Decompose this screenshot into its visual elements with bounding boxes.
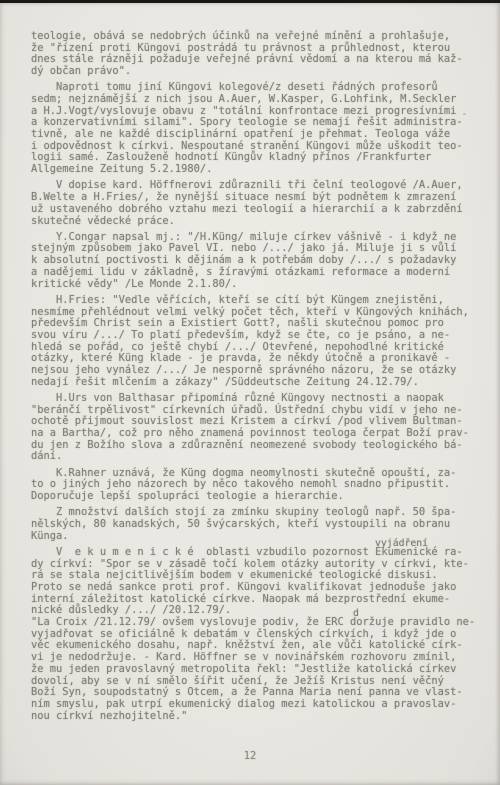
- text-line: H.Fries: "Vedle věřících, kteří se cítí …: [31, 295, 476, 307]
- text-line: du jen z Božího slova a zdůraznění neome…: [31, 440, 476, 452]
- text-line: Proto se nedá sankce proti prof. Küngovi…: [31, 582, 476, 594]
- text-line: dání.: [31, 451, 476, 463]
- text-line: že mu jeden pravoslavný metropolita řekl…: [31, 664, 476, 676]
- text-line: ním smyslu, pak utrpí ekumenický dialog …: [31, 699, 476, 711]
- text-line: sedm; nejznámější z nich jsou A.Auer, W.…: [31, 94, 476, 106]
- inserted-letter-d: d: [353, 609, 359, 619]
- text-line: Doporučuje lepší spolupráci teologie a h…: [31, 491, 476, 503]
- text-body: teologie, obává se nedobrých účinků na v…: [31, 31, 476, 722]
- page-number: 12: [0, 750, 500, 762]
- inserted-word-vyjadreni: vyjádření: [375, 539, 428, 549]
- text-line: V e k u m e n i c k é oblasti vzbudilo p…: [31, 547, 476, 559]
- text-line: na a Bartha/, což pro něho znamená povin…: [31, 428, 476, 440]
- text-line: a nadějemi lidu v základně, s žíravými o…: [31, 267, 476, 279]
- text-line: svou víru /.../ To platí především, když…: [31, 330, 476, 342]
- paragraph: V e k u m e n i c k é oblasti vzbudilo p…: [31, 547, 476, 722]
- document-page: teologie, obává se nedobrých účinků na v…: [0, 0, 500, 785]
- text-line: teologie, obává se nedobrých účinků na v…: [31, 31, 476, 43]
- paragraph: K.Rahner uznává, že Küng dogma neomylnos…: [31, 468, 476, 503]
- scan-speck: [180, 703, 182, 705]
- text-line: "La Croix /21.12.79/ ovšem vyslovuje pod…: [31, 617, 476, 629]
- paragraph: V dopise kard. Höffnerovi zdůraznili tři…: [31, 180, 476, 227]
- text-line: H.Urs von Balthasar připomíná různé Küng…: [31, 393, 476, 405]
- text-line: nou církví nezhojitelně.": [31, 711, 476, 723]
- text-line: Allgemeine Zeitung 5.2.1980/.: [31, 164, 476, 176]
- text-line: dý občan právo".: [31, 66, 476, 78]
- text-line: nejsou jeho vynález /.../ Je nesporně sp…: [31, 365, 476, 377]
- paragraph: H.Fries: "Vedle věřících, kteří se cítí …: [31, 295, 476, 389]
- text-line: už ustaveného dobrého vztahu mezi teolog…: [31, 204, 476, 216]
- scan-speck: [463, 113, 466, 115]
- paragraph: Naproti tomu jiní Küngovi kolegové/z des…: [31, 82, 476, 176]
- text-line: kritické vědy" /Le Monde 2.1.80/.: [31, 279, 476, 291]
- paragraph: Y.Congar napsal mj.: "/H.Küng/ miluje cí…: [31, 232, 476, 290]
- text-line: nedají řešit mlčením a zákazy" /Süddeuts…: [31, 377, 476, 389]
- text-line: skutečné vědecké práce.: [31, 216, 476, 228]
- paragraph: H.Urs von Balthasar připomíná různé Küng…: [31, 393, 476, 463]
- paragraph: teologie, obává se nedobrých účinků na v…: [31, 31, 476, 78]
- text-line: nělských, 80 kanadských, 50 švýcarských,…: [31, 519, 476, 531]
